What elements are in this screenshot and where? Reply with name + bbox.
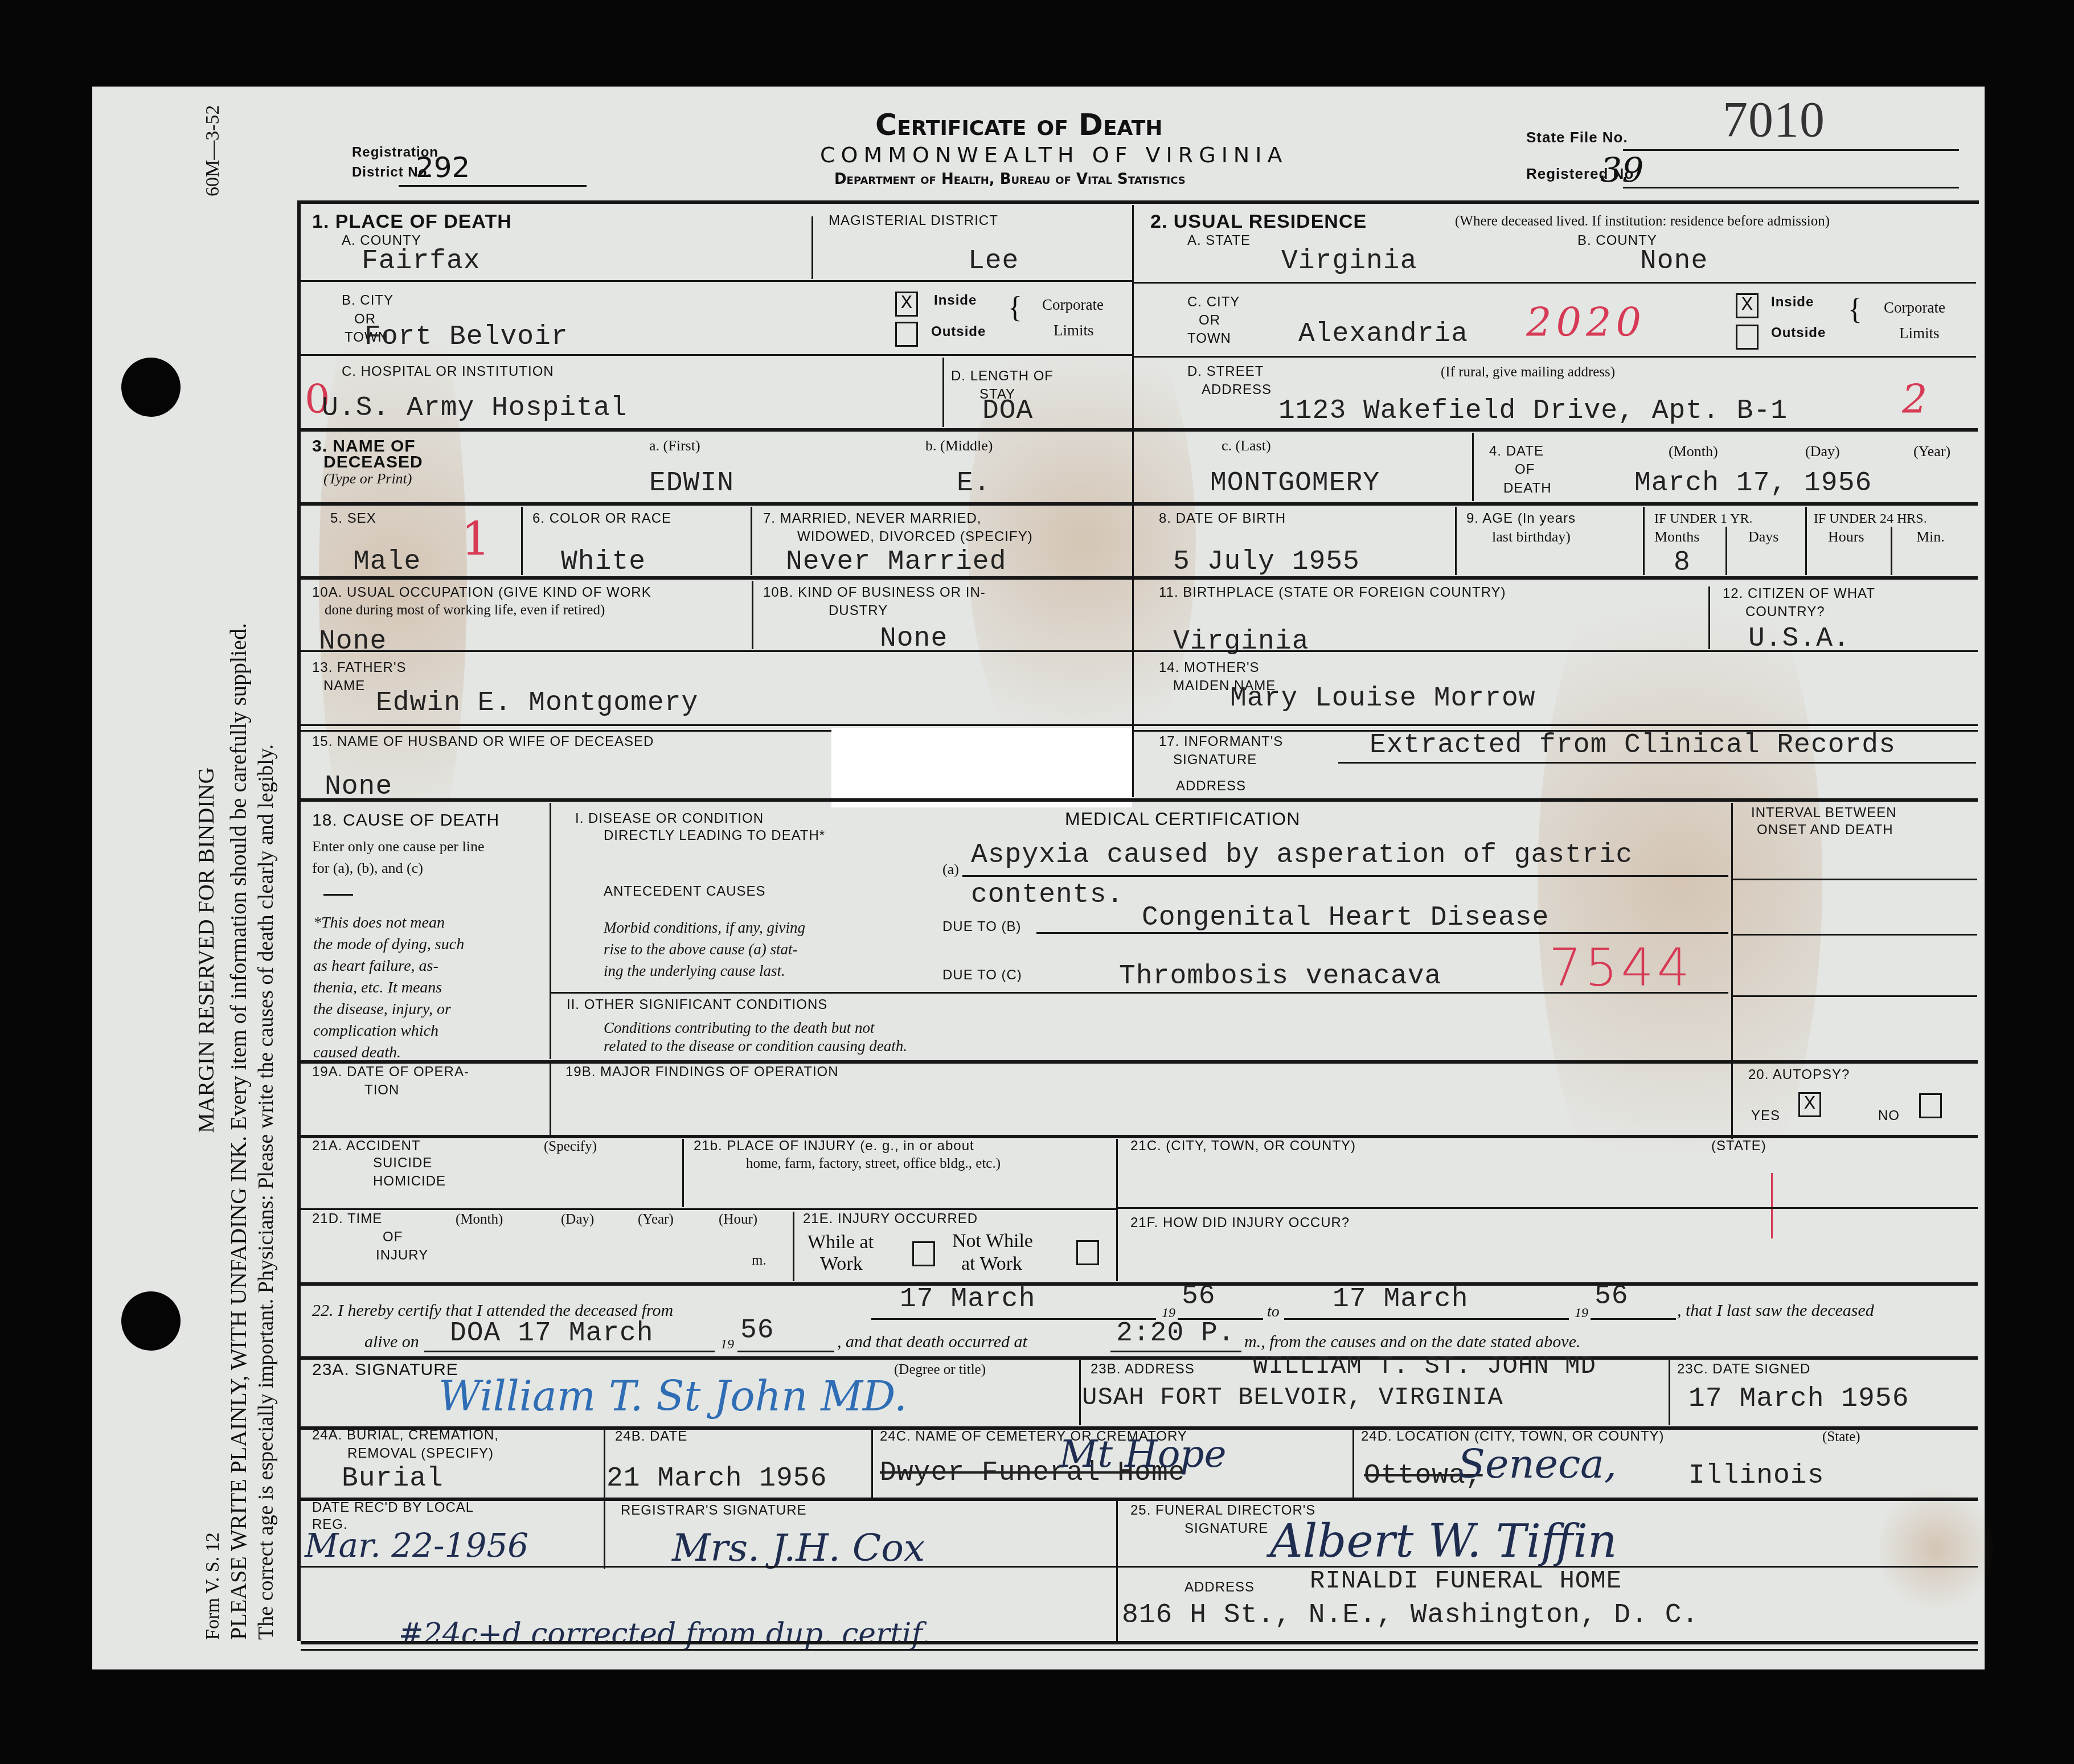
binding-note: MARGIN RESERVED FOR BINDING [192,768,219,1133]
cause-instruction-1: Enter only one cause per line [312,838,485,855]
funeral-director-signature: Albert W. Tiffin [1270,1515,1617,1568]
race-label: 6. COLOR OR RACE [532,511,671,526]
footnote-line: the disease, injury, or [313,999,464,1020]
attended-to: 17 March [1333,1284,1468,1315]
hospital-label: c. HOSPITAL OR INSTITUTION [342,364,554,379]
father-name-label: NAME [323,679,365,693]
occupation-label: 10a. USUAL OCCUPATION (Give kind of work [312,585,651,600]
divider [1284,1318,1569,1320]
burial-date: 21 March 1956 [606,1463,827,1494]
part1-label-2: DIRECTLY LEADING TO DEATH* [604,828,825,843]
divider [301,576,1978,580]
divider [1133,282,1976,284]
residence-or-label: OR [1199,313,1220,327]
divider [604,1500,605,1569]
divider [301,1356,1978,1360]
divider [1133,356,1976,358]
registrar-signature-label: REGISTRAR'S SIGNATURE [621,1503,807,1517]
injury-injury-label: INJURY [376,1248,428,1262]
morbid-note-line: ing the underlying cause last. [604,960,805,982]
citizen-of: U.S.A. [1748,623,1850,654]
injury-time-label: 21d. TIME [312,1212,382,1226]
cause-a-line2: contents. [971,880,1124,910]
divider [301,1566,1978,1568]
due-to-c-label: DUE TO (c) [942,968,1022,982]
cause-of-death-label: 18. CAUSE OF DEATH [312,811,499,830]
column-divider [1132,205,1134,797]
months-label: Months [1654,528,1699,545]
footnote-line: *This does not mean [313,912,464,934]
citizen-label-2: COUNTRY? [1745,605,1825,619]
autopsy-yes-label: YES [1751,1109,1780,1123]
suicide-label: SUICIDE [373,1156,432,1170]
divider [1725,527,1727,575]
physician-signature: William T. St John MD. [438,1372,907,1420]
residence-outside-checkbox[interactable] [1736,325,1759,350]
type-or-print: (Type or Print) [323,470,412,487]
operation-findings-label: 19b. MAJOR FINDINGS OF OPERATION [565,1065,839,1079]
autopsy-no-label: NO [1878,1109,1900,1123]
correction-note: #24c+d corrected from dup. certif. [399,1617,931,1651]
brace: { [1848,295,1862,325]
divider [1132,507,1134,575]
how-injury-label: 21f. HOW DID INJURY OCCUR? [1130,1216,1350,1230]
physician-address-line1: WILLIAM T. ST. JOHN MD [1253,1352,1596,1381]
divider [604,1429,605,1498]
business-label-2: DUSTRY [829,604,888,618]
divider [301,724,1978,726]
marital-label: 7. MARRIED, NEVER MARRIED, [763,511,981,526]
time-of-death: 2:20 P. [1116,1318,1235,1349]
divider [811,216,813,279]
dob-label: 8. DATE OF BIRTH [1159,511,1286,526]
informant-signature-label: SIGNATURE [1173,753,1257,767]
month-label: (Month) [1669,443,1718,460]
magisterial-district-label: MAGISTERIAL DISTRICT [829,214,998,228]
divider [752,581,753,649]
divider [1591,1318,1676,1320]
injury-place-label: 21b. PLACE OF INJURY (e. g., in or about [694,1139,974,1153]
divider [1732,879,1977,880]
part1-label: I. DISEASE OR CONDITION [575,811,764,826]
divider [1472,433,1474,501]
registered-no: 39 [1600,151,1643,191]
occupation: None [319,626,387,657]
corporate-label: Corporate [1042,296,1104,314]
morbid-note-line: Morbid conditions, if any, giving [604,917,805,938]
cause-a-marker: (a) [942,861,959,878]
street-label: d. STREET [1187,364,1264,379]
divider [1352,1429,1354,1498]
divider [1669,1360,1670,1425]
injury-of-label: OF [383,1230,403,1244]
footnote-line: as heart failure, as- [313,955,464,977]
morbid-note-line: rise to the above cause (a) stat- [604,938,805,960]
to-label: to [1267,1303,1280,1321]
not-while-checkbox[interactable] [1076,1240,1099,1265]
cause-code: 7544 [1549,938,1693,998]
injury-type-label: 21a. ACCIDENT [312,1139,420,1153]
injury-occurred-label: 21e. INJURY OCCURRED [803,1212,978,1226]
operation-date-label-2: TION [364,1083,399,1097]
binding-hole [121,358,181,417]
footnote-line: the mode of dying, such [313,934,464,955]
divider [871,1429,873,1498]
year-prefix-2: 19 [1575,1306,1588,1322]
mother-name: Mary Louise Morrow [1230,683,1535,714]
frame-left [297,200,301,1641]
death-occurred-label: , and that death occurred at [837,1332,1027,1352]
first-name-label: a. (First) [649,437,700,454]
injury-hour-label: (Hour) [719,1212,757,1228]
divider [1110,1351,1241,1352]
last-seen-alive: DOA 17 March [450,1318,654,1349]
state-label: a. STATE [1187,233,1251,248]
injury-month-label: (Month) [456,1212,503,1228]
divider [301,428,1978,432]
death-city: Fort Belvoir [364,322,568,352]
burial-method: Burial [342,1463,444,1494]
part2-note-2: related to the disease or condition caus… [604,1037,907,1055]
divider [301,1498,1978,1501]
divider [550,803,551,1059]
business: None [880,623,948,654]
injury-day-label: (Day) [561,1212,594,1228]
divider [1116,1139,1118,1281]
divider [751,507,752,575]
date-received-label: DATE REC'D BY LOCAL [312,1500,474,1515]
degree-label: (Degree or title) [894,1362,986,1379]
race: White [561,547,646,577]
funeral-director-signature-label: SIGNATURE [1184,1521,1268,1536]
inside-label: Inside [934,293,977,307]
magisterial-district: Lee [968,246,1019,277]
injury-place-label-2: home, farm, factory, street, office bldg… [746,1156,1001,1172]
divider [301,1641,1978,1644]
location-state-label: (State) [1822,1429,1860,1446]
injury-year-label: (Year) [638,1212,674,1228]
burial-method-label-2: REMOVAL (Specify) [347,1446,494,1461]
instruction-line-2: The correct age is especially important.… [253,744,278,1640]
divider [1036,932,1728,934]
form-code: 60M—3-52 [202,105,224,196]
funeral-address-label: ADDRESS [1184,1580,1255,1594]
occupation-label-2: done during most of working life, even i… [325,602,605,619]
interval-label-2: ONSET AND DEATH [1757,823,1893,837]
divider [1623,149,1959,151]
attended-from: 17 March [900,1284,1035,1315]
residence-corporate-label: Corporate [1884,299,1945,317]
divider [682,1139,684,1207]
footnote-line: complication which [313,1020,464,1042]
sex: Male [353,547,421,577]
date-received: Mar. 22-1956 [305,1526,528,1565]
marital-status: Never Married [786,547,1006,577]
residence-town-label: TOWN [1187,331,1231,346]
residence-inside-label: Inside [1771,295,1814,309]
divider [1643,507,1645,575]
divider [301,798,1978,802]
under-1yr-label: IF UNDER 1 YR. [1654,511,1752,527]
business-label: 10b. KIND OF BUSINESS OR IN- [763,585,986,600]
divider [301,1282,1978,1286]
death-county: Fairfax [362,246,481,277]
last-name-label: c. (Last) [1222,437,1271,454]
divider [301,1649,1978,1651]
location-state: Illinois [1688,1461,1824,1491]
cause-b: Congenital Heart Disease [1142,902,1549,933]
divider [1079,1360,1081,1425]
birthplace-label: 11. BIRTHPLACE (State or foreign country… [1159,585,1506,600]
citizen-label: 12. CITIZEN OF WHAT [1723,586,1875,601]
funeral-address: 816 H St., N.E., Washington, D. C. [1122,1600,1699,1631]
middle-name-label: b. (Middle) [925,437,993,454]
divider [301,650,1978,652]
inside-checkbox[interactable]: X [895,292,918,317]
deceased-label: DECEASED [323,453,423,471]
informant: Extracted from Clinical Records [1370,730,1896,761]
cemetery-handwritten: Mt Hope [1059,1432,1227,1476]
certificate-subtitle: COMMONWEALTH OF VIRGINIA [820,142,1288,167]
part2-note-1: Conditions contributing to the death but… [604,1019,875,1037]
divider [323,894,353,896]
divider [301,354,1132,356]
funeral-home: RINALDI FUNERAL HOME [1310,1567,1622,1595]
year-prefix-3: 19 [720,1337,734,1353]
limits-label: Limits [1054,322,1094,339]
redacted-area [831,728,1132,807]
age-label-2: last birthday) [1492,528,1571,545]
attended-to-year: 56 [1595,1281,1629,1312]
divider [550,1064,551,1138]
certificate-title: Certificate of Death [875,108,1162,142]
outside-label: Outside [931,325,986,339]
divider [1708,586,1710,649]
street-address: 1123 Wakefield Drive, Apt. B-1 [1278,396,1788,426]
divider [1116,1207,1978,1209]
residence-city: Alexandria [1298,319,1468,350]
divider [301,1060,1978,1064]
last-seen-year: 56 [740,1315,774,1346]
spouse-label: 15. NAME OF HUSBAND OR WIFE OF DECEASED [312,735,654,749]
place-of-death-label: 1. PLACE OF DEATH [312,212,512,232]
divider [424,1351,715,1352]
part2-label: II. OTHER SIGNIFICANT CONDITIONS [567,998,827,1012]
sex-label: 5. SEX [330,511,376,526]
date-of-death-label: 4. DATE [1489,444,1544,458]
divider [550,992,1728,994]
divider [1732,995,1977,997]
burial-date-label: 24b. DATE [615,1429,687,1443]
while-at-work-checkbox[interactable] [912,1241,935,1266]
hospital: U.S. Army Hospital [322,393,627,424]
divider [1116,1500,1118,1643]
last-name: MONTGOMERY [1210,468,1380,499]
date-of-death-death-label: DEATH [1503,481,1552,495]
date-signed-label: 23c. DATE SIGNED [1677,1362,1810,1376]
age-label: 9. AGE (In years [1466,511,1576,526]
father-name: Edwin E. Montgomery [376,688,698,719]
spouse: None [325,772,392,802]
registrar-signature: Mrs. J.H. Cox [672,1526,925,1570]
marital-label-2: WIDOWED, DIVORCED (Specify) [797,530,1033,544]
informant-label: 17. INFORMANT'S [1159,735,1283,749]
signature-label: 23a. SIGNATURE [312,1361,458,1379]
usual-residence-label: 2. USUAL RESIDENCE [1150,212,1367,232]
autopsy-no-checkbox[interactable] [1919,1093,1942,1118]
operation-date-label: 19a. DATE OF OPERA- [312,1065,469,1079]
footnote-line: thenia, etc. It means [313,977,464,999]
physician-address-label: 23b. ADDRESS [1091,1362,1195,1376]
injury-m-label: m. [752,1253,767,1269]
year-label: (Year) [1913,443,1950,460]
length-of-stay-label: d. LENGTH OF [951,369,1054,383]
location-handwritten: Seneca, [1458,1441,1617,1487]
father-label: 13. FATHER'S [312,661,407,675]
divider [793,1212,794,1281]
divider [301,1208,1116,1210]
divider [737,1351,834,1352]
interval-label: INTERVAL BETWEEN [1751,806,1897,820]
residence-state: Virginia [1281,246,1417,277]
brace: { [1008,293,1022,323]
while-at-work-label: While at [808,1231,874,1253]
while-at-work-label-2: Work [820,1253,863,1275]
state-file-label: State File No. [1526,130,1628,145]
divider [1455,507,1457,575]
residence-inside-checkbox[interactable]: X [1736,293,1759,318]
medical-certification-label: MEDICAL CERTIFICATION [1065,810,1300,829]
mother-label: 14. MOTHER'S [1159,661,1260,675]
residence-city-code: 2020 [1526,299,1646,346]
address-label: ADDRESS [1202,383,1272,397]
outside-checkbox[interactable] [895,322,918,347]
min-label: Min. [1916,528,1945,545]
cause-a-line1: Aspyxia caused by asperation of gastric [971,840,1633,871]
registration-district-no: 292 [416,151,470,184]
residence-county: None [1640,246,1708,277]
divider [1623,187,1959,188]
day-label: (Day) [1805,443,1840,460]
street-note: (If rural, give mailing address) [1441,364,1615,381]
street-code: 2 [1902,376,1928,422]
certify-line2-suffix: m., from the causes and on the date stat… [1244,1332,1580,1352]
divider [1891,527,1892,575]
injury-city-label: 21c. (CITY, TOWN, OR COUNTY) [1130,1139,1356,1153]
hours-label: Hours [1828,528,1864,545]
binding-hole [121,1291,181,1351]
residence-outside-label: Outside [1771,326,1826,340]
autopsy-yes-checkbox[interactable]: X [1798,1092,1821,1117]
divider [962,875,1728,877]
birthplace: Virginia [1173,626,1309,657]
due-to-b-label: DUE TO (b) [942,920,1021,934]
not-while-label: Not While [952,1230,1033,1252]
autopsy-label: 20. AUTOPSY? [1748,1068,1850,1082]
divider [942,358,944,427]
date-of-death-of-label: OF [1515,462,1535,477]
physician-address-line2: USAH FORT BELVOIR, VIRGINIA [1082,1384,1503,1412]
injury-state-label: (STATE) [1711,1139,1766,1153]
informant-address-label: ADDRESS [1176,779,1246,793]
red-pencil-mark [1771,1173,1773,1238]
injury-specify-label: (Specify) [544,1139,597,1155]
sex-code: 1 [461,512,490,565]
not-while-label-2: at Work [961,1253,1022,1275]
divider [1731,803,1733,1139]
days-label: Days [1748,528,1778,545]
divider [1732,934,1977,936]
usual-residence-note: (Where deceased lived. If institution: r… [1455,214,1830,230]
cause-footnote: *This does not mean the mode of dying, s… [313,912,464,1064]
residence-city-label: c. CITY [1187,295,1240,309]
homicide-label: HOMICIDE [373,1174,446,1188]
age-months: 8 [1674,545,1690,577]
length-of-stay: DOA [982,396,1033,426]
first-name: EDWIN [649,468,734,499]
divider [301,280,1132,282]
state-file-no: 7010 [1723,91,1825,149]
attended-from-year: 56 [1182,1281,1216,1312]
date-of-birth: 5 July 1955 [1173,547,1360,577]
morbid-note: Morbid conditions, if any, giving rise t… [604,917,805,982]
date-signed: 17 March 1956 [1688,1384,1909,1414]
divider [301,502,1978,506]
divider [1805,507,1807,575]
city-label: b. CITY [342,293,394,307]
middle-name: E. [957,468,991,499]
divider [399,185,587,187]
cause-c: Thrombosis venacava [1119,961,1441,992]
department: Department of Health, Bureau of Vital St… [834,171,1186,188]
form-number: Form V. S. 12 [202,1532,224,1640]
divider [521,507,523,575]
cause-instruction-2: for (a), (b), and (c) [312,860,423,877]
residence-limits-label: Limits [1899,325,1940,342]
antecedent-label: ANTECEDENT CAUSES [604,884,766,899]
under-24hrs-label: IF UNDER 24 HRS. [1814,511,1927,527]
alive-on-label: alive on [364,1332,419,1352]
instruction-line-1: PLEASE WRITE PLAINLY, WITH UNFADING INK.… [225,623,252,1640]
burial-method-label: 24a. BURIAL, CREMATION, [312,1428,499,1442]
frame-top [299,200,1979,204]
divider [1338,762,1976,764]
divider [871,1318,1156,1320]
date-of-death: March 17, 1956 [1634,468,1872,499]
certify-line1-suffix: , that I last saw the deceased [1677,1301,1874,1321]
